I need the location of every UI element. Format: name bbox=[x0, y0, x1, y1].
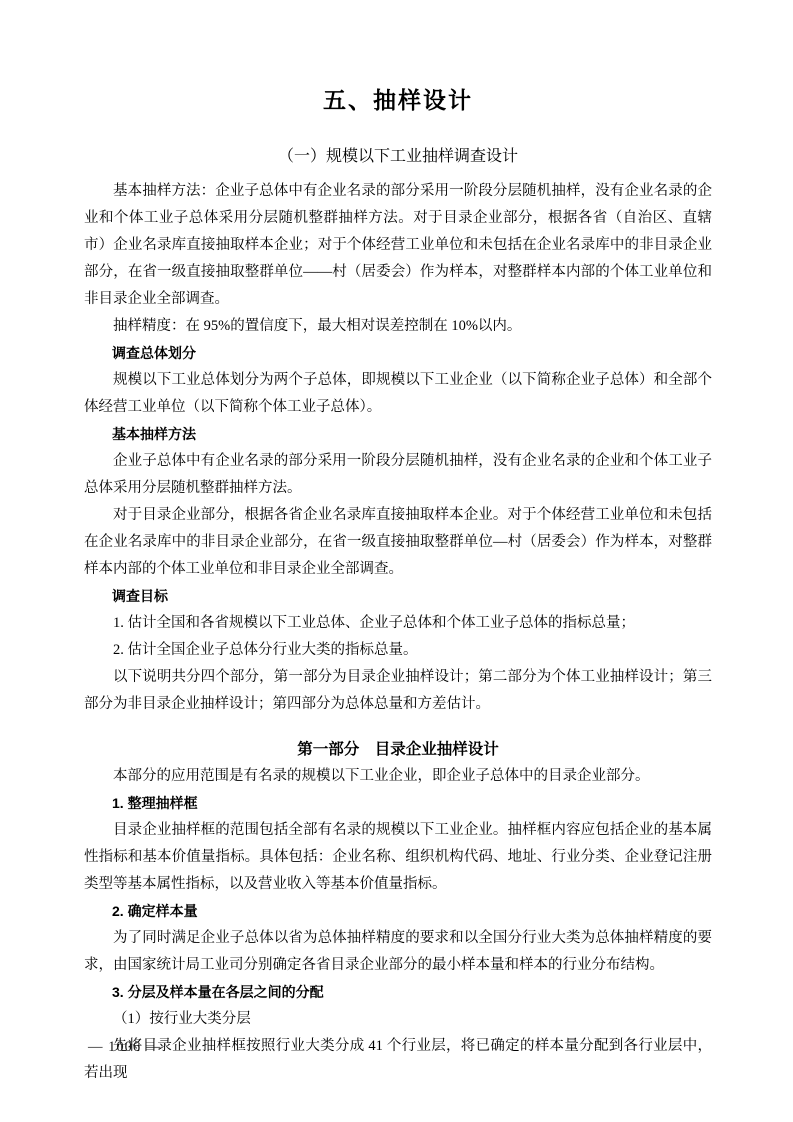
sub-heading: 3. 分层及样本量在各层之间的分配 bbox=[84, 979, 712, 1006]
page-number: — 1006 — bbox=[88, 1036, 161, 1058]
paragraph: 企业子总体中有企业名录的部分采用一阶段分层随机抽样，没有企业名录的企业和个体工业… bbox=[84, 448, 712, 502]
paragraph: 以下说明共分四个部分，第一部分为目录企业抽样设计；第二部分为个体工业抽样设计；第… bbox=[84, 664, 712, 718]
paragraph: （1）按行业大类分层 bbox=[84, 1006, 712, 1033]
document-page: 五、抽样设计 （一）规模以下工业抽样调查设计 基本抽样方法：企业子总体中有企业名… bbox=[0, 0, 793, 1122]
paragraph: 1. 估计全国和各省规模以下工业总体、企业子总体和个体工业子总体的指标总量； bbox=[84, 610, 712, 637]
sub-heading: 基本抽样方法 bbox=[84, 421, 712, 448]
paragraph: 基本抽样方法：企业子总体中有企业名录的部分采用一阶段分层随机抽样，没有企业名录的… bbox=[84, 178, 712, 313]
paragraph: 目录企业抽样框的范围包括全部有名录的规模以下工业企业。抽样框内容应包括企业的基本… bbox=[84, 817, 712, 898]
sub-heading: 调查目标 bbox=[84, 583, 712, 610]
sub-heading: 调查总体划分 bbox=[84, 340, 712, 367]
paragraph: 先将目录企业抽样框按照行业大类分成 41 个行业层，将已确定的样本量分配到各行业… bbox=[84, 1033, 712, 1087]
document-title: 五、抽样设计 bbox=[84, 86, 712, 116]
paragraph: 抽样精度：在 95%的置信度下，最大相对误差控制在 10%以内。 bbox=[84, 313, 712, 340]
sub-heading: 1. 整理抽样框 bbox=[84, 790, 712, 817]
document-subtitle: （一）规模以下工业抽样调查设计 bbox=[84, 146, 712, 168]
document-content: 五、抽样设计 （一）规模以下工业抽样调查设计 基本抽样方法：企业子总体中有企业名… bbox=[84, 86, 712, 1087]
paragraph: 规模以下工业总体划分为两个子总体，即规模以下工业企业（以下简称企业子总体）和全部… bbox=[84, 367, 712, 421]
paragraph: 本部分的应用范围是有名录的规模以下工业企业，即企业子总体中的目录企业部分。 bbox=[84, 763, 712, 790]
document-body: 基本抽样方法：企业子总体中有企业名录的部分采用一阶段分层随机抽样，没有企业名录的… bbox=[84, 178, 712, 1087]
paragraph: 2. 估计全国企业子总体分行业大类的指标总量。 bbox=[84, 637, 712, 664]
paragraph: 对于目录企业部分，根据各省企业名录库直接抽取样本企业。对于个体经营工业单位和未包… bbox=[84, 502, 712, 583]
sub-heading: 2. 确定样本量 bbox=[84, 898, 712, 925]
paragraph: 为了同时满足企业子总体以省为总体抽样精度的要求和以全国分行业大类为总体抽样精度的… bbox=[84, 925, 712, 979]
section-heading: 第一部分 目录企业抽样设计 bbox=[84, 736, 712, 763]
